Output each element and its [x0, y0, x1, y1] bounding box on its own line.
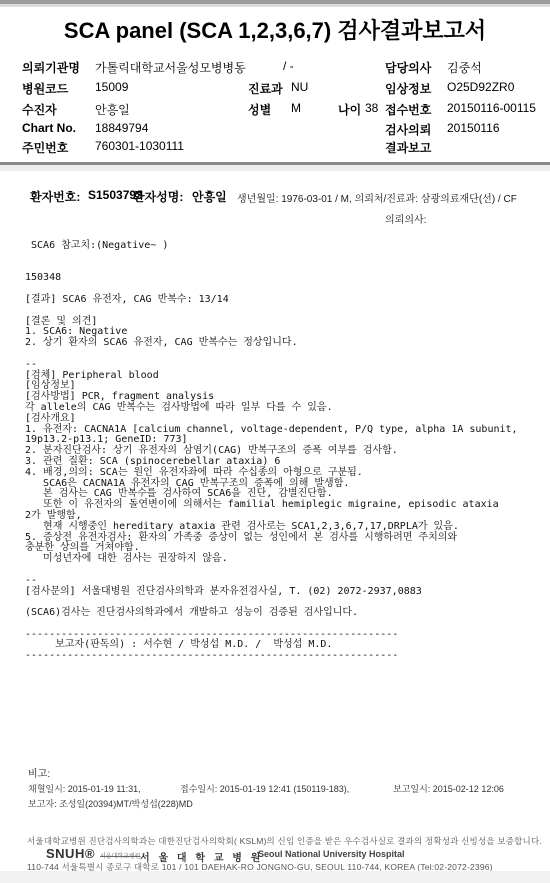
chart-no-label: Chart No. — [22, 121, 76, 135]
snuh-logo-subtext: 서울대학교병원 — [100, 851, 141, 860]
org-label: 의뢰기관명 — [22, 59, 80, 76]
report-time: 보고일시: 2015-02-12 12:06 — [393, 782, 504, 795]
org-extra: / - — [283, 59, 294, 73]
receipt-time: 접수일시: 2015-01-19 12:41 (150119-183), — [180, 782, 349, 795]
hospital-code-value: 15009 — [95, 80, 128, 94]
patient-name-value: 안흥일 — [192, 188, 227, 205]
doctor-value: 김중석 — [447, 59, 482, 76]
request-doctor-label: 의뢰의사: — [385, 211, 426, 226]
clinical-label: 임상정보 — [385, 80, 431, 97]
reporter-line: 보고자: 조성일(20394)MT/박성섭(228)MD — [28, 797, 193, 810]
hospital-code-label: 병원코드 — [22, 80, 68, 97]
sex-value: M — [291, 101, 301, 115]
request-date-value: 20150116 — [447, 121, 500, 135]
age-value: 38 — [365, 101, 378, 115]
resident-no-value: 760301-1030111 — [95, 139, 184, 153]
receipt-no-label: 접수번호 — [385, 101, 431, 118]
report-page: SCA panel (SCA 1,2,3,6,7) 검사결과보고서 의뢰기관명 … — [0, 0, 550, 883]
patient-name-label: 환자성명: — [133, 188, 183, 205]
age-label: 나이 — [338, 101, 361, 118]
bottom-band — [0, 871, 550, 883]
accreditation-text: 서울대학교병원 진단검사의학과는 대한진단검사의학회( KSLM)의 신임 인증… — [27, 835, 542, 847]
report-title: SCA panel (SCA 1,2,3,6,7) 검사결과보고서 — [0, 14, 550, 45]
org-value: 가톨릭대학교서울성모병병동 — [95, 59, 246, 76]
patient-no-label: 환자번호: — [30, 188, 80, 205]
receipt-no-value: 20150116-00115 — [447, 101, 536, 115]
patient-label: 수진자 — [22, 101, 57, 118]
top-divider-light — [0, 4, 550, 7]
remarks-label: 비고: — [28, 765, 50, 780]
birth-referrer-info: 생년월일: 1976-03-01 / M, 의뢰처/진료과: 삼광의료재단(선)… — [237, 190, 517, 205]
dept-label: 진료과 — [248, 80, 283, 97]
chart-no-value: 18849794 — [95, 121, 148, 135]
request-date-label: 검사의뢰 — [385, 121, 431, 138]
report-date-label: 결과보고 — [385, 139, 431, 156]
doctor-label: 담당의사 — [385, 59, 431, 76]
clinical-value: O25D92ZR0 — [447, 80, 514, 94]
sex-label: 성별 — [248, 101, 271, 118]
header-divider-light — [0, 165, 550, 171]
snuh-logo: SNUH® — [46, 846, 95, 861]
hospital-name-en: Seoul National University Hospital — [258, 849, 405, 859]
dept-value: NU — [291, 80, 308, 94]
patient-value: 안흥일 — [95, 101, 130, 118]
draw-time: 채혈일시: 2015-01-19 11:31, — [28, 782, 141, 795]
resident-no-label: 주민번호 — [22, 139, 68, 156]
report-body-text: SCA6 참고치:(Negative~ ) 150348 [결과] SCA6 유… — [25, 241, 545, 662]
